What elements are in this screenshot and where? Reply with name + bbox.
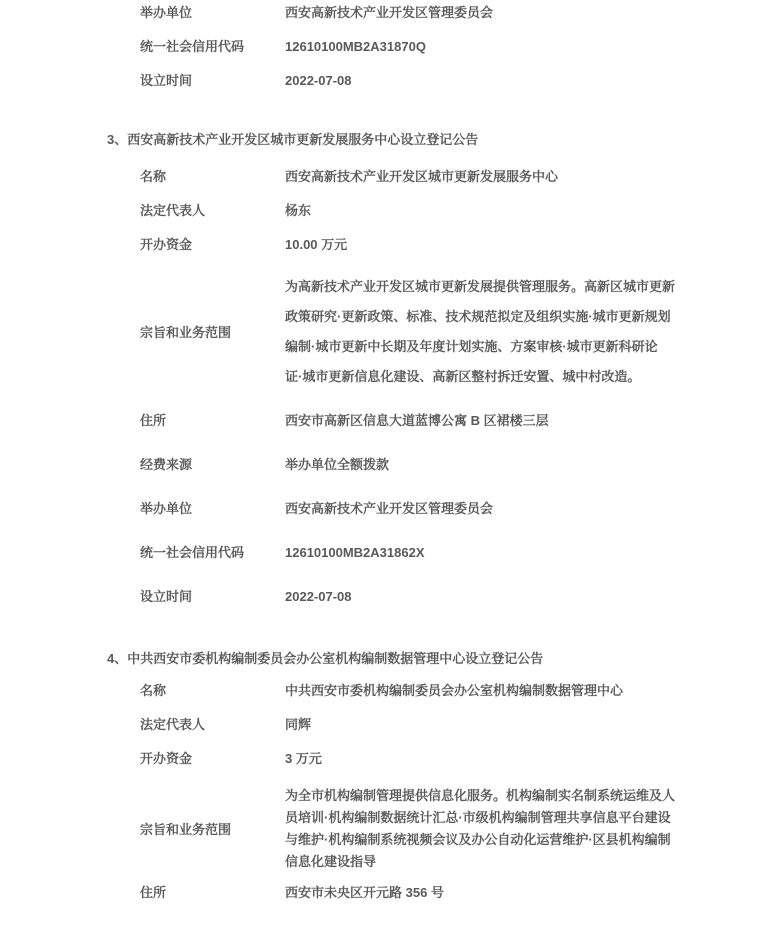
field-value: 12610100MB2A31862X bbox=[285, 546, 698, 559]
field-label: 举办单位 bbox=[140, 502, 285, 515]
field-value: 3 万元 bbox=[285, 752, 698, 765]
field-label: 宗旨和业务范围 bbox=[140, 326, 285, 339]
field-value: 2022-07-08 bbox=[285, 74, 698, 87]
field-row-capital: 开办资金 10.00 万元 bbox=[140, 238, 698, 251]
field-row-name: 名称 西安高新技术产业开发区城市更新发展服务中心 bbox=[140, 170, 698, 183]
field-label: 开办资金 bbox=[140, 752, 285, 765]
field-row-business-scope: 宗旨和业务范围 为高新技术产业开发区城市更新发展提供管理服务。高新区城市更新 政… bbox=[140, 272, 698, 392]
field-value: 为高新技术产业开发区城市更新发展提供管理服务。高新区城市更新 政策研究·更新政策… bbox=[285, 272, 698, 392]
field-value: 12610100MB2A31870Q bbox=[285, 40, 698, 53]
announcement-document: 举办单位 西安高新技术产业开发区管理委员会 统一社会信用代码 12610100M… bbox=[0, 0, 768, 899]
field-value: 中共西安市委机构编制委员会办公室机构编制数据管理中心 bbox=[285, 684, 698, 697]
field-row-name: 名称 中共西安市委机构编制委员会办公室机构编制数据管理中心 bbox=[140, 684, 698, 697]
field-label: 宗旨和业务范围 bbox=[140, 823, 285, 836]
field-value: 西安市未央区开元路 356 号 bbox=[285, 886, 698, 899]
field-label: 住所 bbox=[140, 886, 285, 899]
field-value: 10.00 万元 bbox=[285, 238, 698, 251]
field-row-organizer: 举办单位 西安高新技术产业开发区管理委员会 bbox=[140, 6, 698, 19]
field-value: 西安高新技术产业开发区管理委员会 bbox=[285, 6, 698, 19]
field-row-legal-representative: 法定代表人 杨东 bbox=[140, 204, 698, 217]
field-label: 法定代表人 bbox=[140, 204, 285, 217]
field-value: 举办单位全额拨款 bbox=[285, 458, 698, 471]
field-label: 统一社会信用代码 bbox=[140, 546, 285, 559]
field-label: 经费来源 bbox=[140, 458, 285, 471]
field-label: 住所 bbox=[140, 414, 285, 427]
field-row-funding-source: 经费来源 举办单位全额拨款 bbox=[140, 458, 698, 471]
field-label: 统一社会信用代码 bbox=[140, 40, 285, 53]
field-label: 开办资金 bbox=[140, 238, 285, 251]
field-row-address: 住所 西安市高新区信息大道蓝博公寓 B 区裙楼三层 bbox=[140, 414, 698, 427]
field-label: 名称 bbox=[140, 684, 285, 697]
field-value: 为全市机构编制管理提供信息化服务。机构编制实名制系统运维及人 员培训·机构编制数… bbox=[285, 785, 698, 873]
field-row-establish-date: 设立时间 2022-07-08 bbox=[140, 74, 698, 87]
field-row-business-scope: 宗旨和业务范围 为全市机构编制管理提供信息化服务。机构编制实名制系统运维及人 员… bbox=[140, 785, 698, 873]
field-value: 西安市高新区信息大道蓝博公寓 B 区裙楼三层 bbox=[285, 414, 698, 427]
field-value: 同辉 bbox=[285, 718, 698, 731]
field-value: 西安高新技术产业开发区管理委员会 bbox=[285, 502, 698, 515]
field-label: 名称 bbox=[140, 170, 285, 183]
announcement-3-heading: 3、西安高新技术产业开发区城市更新发展服务中心设立登记公告 bbox=[107, 133, 698, 146]
field-row-credit-code: 统一社会信用代码 12610100MB2A31870Q bbox=[140, 40, 698, 53]
field-value: 西安高新技术产业开发区城市更新发展服务中心 bbox=[285, 170, 698, 183]
field-row-address: 住所 西安市未央区开元路 356 号 bbox=[140, 886, 698, 899]
field-value: 杨东 bbox=[285, 204, 698, 217]
field-row-credit-code: 统一社会信用代码 12610100MB2A31862X bbox=[140, 546, 698, 559]
announcement-4-heading: 4、中共西安市委机构编制委员会办公室机构编制数据管理中心设立登记公告 bbox=[107, 652, 698, 665]
field-label: 设立时间 bbox=[140, 590, 285, 603]
field-label: 法定代表人 bbox=[140, 718, 285, 731]
field-label: 举办单位 bbox=[140, 6, 285, 19]
field-row-capital: 开办资金 3 万元 bbox=[140, 752, 698, 765]
field-row-legal-representative: 法定代表人 同辉 bbox=[140, 718, 698, 731]
field-row-establish-date: 设立时间 2022-07-08 bbox=[140, 590, 698, 603]
field-row-organizer: 举办单位 西安高新技术产业开发区管理委员会 bbox=[140, 502, 698, 515]
field-value: 2022-07-08 bbox=[285, 590, 698, 603]
field-label: 设立时间 bbox=[140, 74, 285, 87]
